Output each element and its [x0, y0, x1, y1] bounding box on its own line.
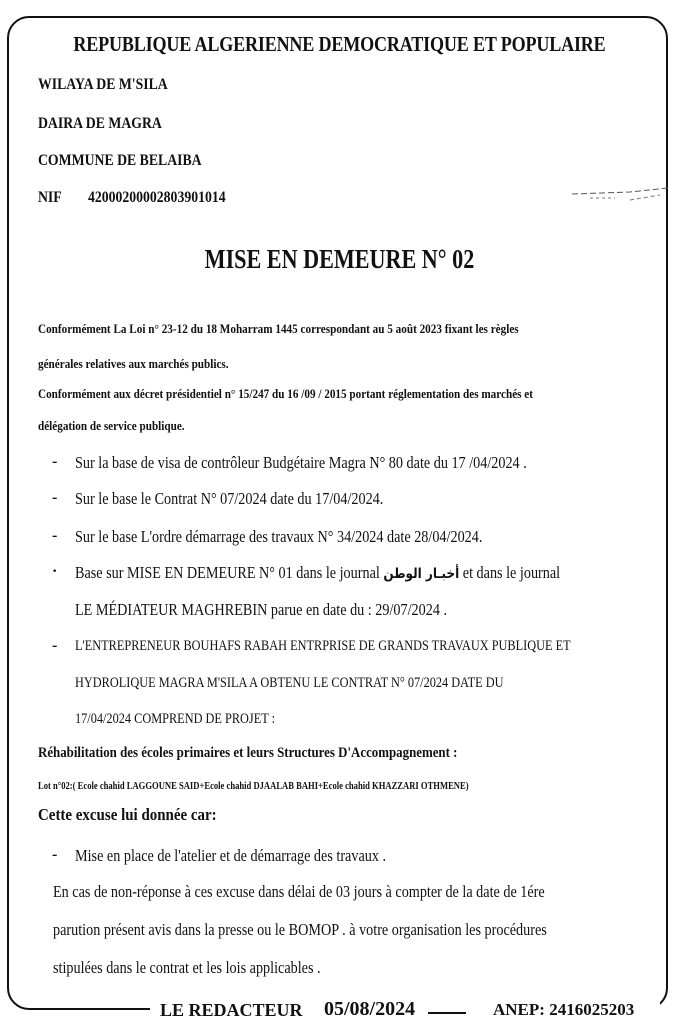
footer-rule — [428, 1012, 466, 1014]
reference-first-notice: Base sur MISE EN DEMEURE N° 01 dans le j… — [75, 563, 560, 583]
legal-basis-1-line2: générales relatives aux marchés publics. — [38, 356, 229, 372]
closing-line1: En cas de non-réponse à ces excuse dans … — [53, 882, 545, 902]
nif-value: 42000200002803901014 — [88, 189, 226, 207]
daira-line: DAIRA DE MAGRA — [38, 115, 162, 133]
commune-line: COMMUNE DE BELAIBA — [38, 152, 202, 170]
first-notice-text-after: et dans le journal — [463, 563, 560, 582]
pen-mark — [570, 186, 670, 206]
bullet-dash: - — [52, 489, 57, 507]
bullet-dash: - — [52, 527, 57, 545]
arabic-journal-name: أخبـار الوطن — [383, 566, 459, 582]
first-notice-text: Base sur MISE EN DEMEURE N° 01 dans le j… — [75, 563, 380, 582]
reference-contract: Sur le base le Contrat N° 07/2024 date d… — [75, 489, 383, 509]
anep-reference: ANEP: 2416025203 — [493, 1000, 634, 1020]
contractor-line2: HYDROLIQUE MAGRA M'SILA A OBTENU LE CONT… — [75, 675, 504, 692]
wilaya-line: WILAYA DE M'SILA — [38, 76, 168, 94]
legal-basis-1-line1: Conformément La Loi n° 23-12 du 18 Mohar… — [38, 321, 519, 337]
nif-label: NIF — [38, 189, 62, 207]
signatory: LE REDACTEUR — [160, 1000, 303, 1021]
closing-line2: parution présent avis dans la presse ou … — [53, 920, 547, 940]
reason-heading: Cette excuse lui donnée car: — [38, 805, 217, 825]
reference-visa: Sur la base de visa de contrôleur Budgét… — [75, 453, 527, 473]
reference-start-order: Sur le base L'ordre démarrage des travau… — [75, 527, 482, 547]
contractor-line3: 17/04/2024 COMPREND DE PROJET : — [75, 711, 275, 728]
project-title: Réhabilitation des écoles primaires et l… — [38, 745, 457, 762]
country-heading: REPUBLIQUE ALGERIENNE DEMOCRATIQUE ET PO… — [48, 32, 632, 57]
closing-line3: stipulées dans le contrat et les lois ap… — [53, 958, 321, 978]
bullet-dash: - — [52, 453, 57, 471]
legal-basis-2-line1: Conformément aux décret présidentiel n° … — [38, 386, 533, 402]
reason-item: Mise en place de l'atelier et de démarra… — [75, 846, 386, 866]
reference-first-notice-line2: LE MÉDIATEUR MAGHREBIN parue en date du … — [75, 600, 447, 620]
signature-date: 05/08/2024 — [324, 998, 415, 1021]
contractor-line1: L'ENTREPRENEUR BOUHAFS RABAH ENTRPRISE D… — [75, 638, 571, 655]
bullet-dash: - — [52, 637, 57, 655]
bullet-dash: - — [52, 846, 57, 864]
document-title: MISE EN DEMEURE N° 02 — [61, 244, 618, 275]
project-lot: Lot n°02:( Ecole chahid LAGGOUNE SAID+Ec… — [38, 780, 469, 792]
bullet-dash: · — [52, 563, 57, 581]
legal-basis-2-line2: délégation de service publique. — [38, 418, 185, 434]
